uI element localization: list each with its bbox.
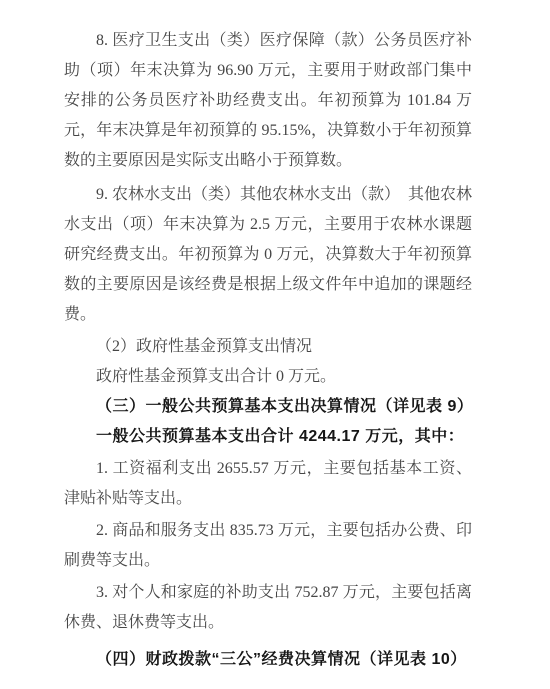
heading-basic-expenditure-section: （三）一般公共预算基本支出决算情况（详见表 9） [64,392,472,422]
paragraph-medical-health-expense: 8. 医疗卫生支出（类）医疗保障（款）公务员医疗补助（项）年末决算为 96.90… [64,26,472,176]
subheading-govt-fund-budget-expense: （2）政府性基金预算支出情况 [64,332,472,362]
paragraph-salary-welfare-expense: 1. 工资福利支出 2655.57 万元，主要包括基本工资、津贴补贴等支出。 [64,454,472,514]
paragraph-agriculture-forestry-water-expense: 9. 农林水支出（类）其他农林水支出（款） 其他农林水支出（项）年末决算为 2.… [64,180,472,330]
heading-basic-expenditure-total: 一般公共预算基本支出合计 4244.17 万元，其中： [64,422,472,452]
heading-three-public-funds-section: （四）财政拨款“三公”经费决算情况（详见表 10） [64,645,472,675]
paragraph-individual-family-subsidy-expense: 3. 对个人和家庭的补助支出 752.87 万元，主要包括离休费、退休费等支出。 [64,578,472,638]
paragraph-goods-services-expense: 2. 商品和服务支出 835.73 万元，主要包括办公费、印刷费等支出。 [64,516,472,576]
paragraph-govt-fund-budget-total: 政府性基金预算支出合计 0 万元。 [64,362,472,392]
document-page: 8. 医疗卫生支出（类）医疗保障（款）公务员医疗补助（项）年末决算为 96.90… [0,0,550,689]
